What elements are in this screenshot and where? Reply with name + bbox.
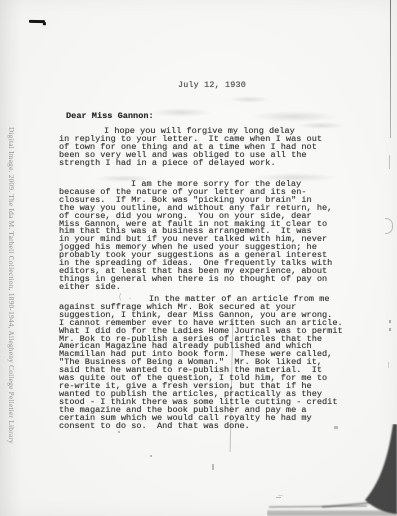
faint-pencil-mark: ( .: [118, 293, 132, 302]
scan-speck: [212, 464, 214, 470]
page-curl-shadow: [267, 424, 397, 516]
letter-paragraph: I hope you will forgive my long delayin …: [59, 128, 322, 168]
letter-paragraph: I am the more sorry for the delaybecause…: [59, 181, 332, 292]
scan-speck: [150, 455, 152, 457]
ink-dash-mark: [29, 20, 45, 23]
scan-speck: [118, 431, 120, 433]
letter-date: July 12, 1930: [178, 80, 246, 90]
pencil-smudge: [250, 111, 338, 122]
scan-edge-line: [390, 0, 391, 138]
pencil-smudge: [228, 96, 270, 103]
scan-edge-arc-mark: [385, 218, 393, 234]
letter-paragraph: In the matter of an article from meagain…: [59, 296, 343, 430]
scan-edge-dash: [388, 362, 389, 368]
scanned-letter-page: Digital Image. 2009. The Ida M. Tarbell …: [0, 0, 397, 516]
scan-edge-dash: [389, 155, 390, 169]
pencil-smudge: [150, 108, 212, 117]
archive-watermark-text: Digital Image. 2009. The Ida M. Tarbell …: [1, 127, 16, 479]
scan-edge-dots: [389, 320, 391, 323]
letter-salutation: Dear Miss Gannon:: [66, 111, 154, 121]
letter-line: either side.: [59, 284, 332, 292]
letter-line: strength I had in a piece of delayed wor…: [59, 160, 322, 168]
